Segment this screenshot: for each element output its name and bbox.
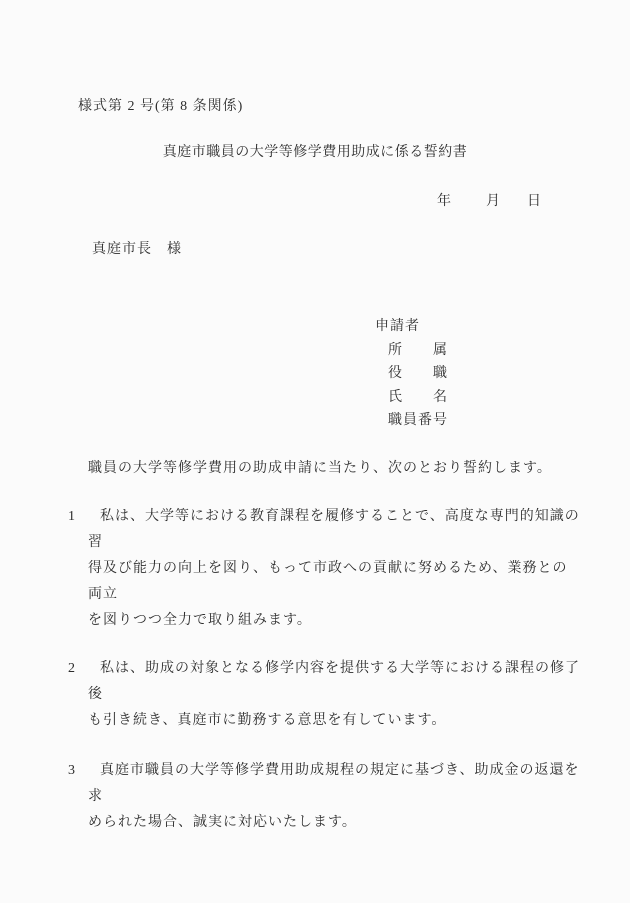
pledge-item-3-line-2: められた場合、誠実に対応いたします。 — [88, 810, 580, 836]
pledge-item-1-line-2: 得及び能力の向上を図り、もって市政への貢献に努めるため、業務との両立 — [88, 556, 580, 608]
pledge-item-1-text: 私は、大学等における教育課程を履修することで、高度な専門的知識の習 — [88, 509, 580, 550]
date-line: 年 月 日 — [0, 193, 630, 211]
pledge-item-2: 2私は、助成の対象となる修学内容を提供する大学等における課程の修了後 も引き続き… — [0, 656, 630, 734]
pledge-item-3-number: 3 — [68, 758, 100, 784]
pledge-item-2-line-1: 2私は、助成の対象となる修学内容を提供する大学等における課程の修了後 — [88, 656, 580, 708]
document-page: 様式第 2 号(第 8 条関係) 真庭市職員の大学等修学費用助成に係る誓約書 年… — [0, 0, 630, 903]
pledge-item-3-line-1: 3真庭市職員の大学等修学費用助成規程の規定に基づき、助成金の返還を求 — [88, 758, 580, 810]
pledge-item-2-line-2: も引き続き、真庭市に勤務する意思を有しています。 — [88, 708, 580, 734]
pledge-item-2-text: 私は、助成の対象となる修学内容を提供する大学等における課程の修了後 — [88, 661, 580, 702]
applicant-block: 申請者 所 属 役 職 氏 名 職員番号 — [375, 315, 630, 433]
pledge-item-2-number: 2 — [68, 656, 100, 682]
document-title: 真庭市職員の大学等修学費用助成に係る誓約書 — [0, 144, 630, 162]
date-month-label: 月 — [486, 193, 501, 211]
pledge-item-1-line-3: を図りつつ全力で取り組みます。 — [88, 608, 580, 634]
pledge-item-3: 3真庭市職員の大学等修学費用助成規程の規定に基づき、助成金の返還を求 められた場… — [0, 758, 630, 836]
applicant-field-employee-number: 職員番号 — [388, 409, 630, 433]
pledge-item-1-number: 1 — [68, 504, 100, 530]
pledge-item-1: 1私は、大学等における教育課程を履修することで、高度な専門的知識の習 得及び能力… — [0, 504, 630, 634]
form-number: 様式第 2 号(第 8 条関係) — [78, 98, 630, 116]
applicant-field-position: 役 職 — [388, 362, 630, 386]
applicant-field-affiliation: 所 属 — [388, 339, 630, 363]
pledge-item-1-line-1: 1私は、大学等における教育課程を履修することで、高度な専門的知識の習 — [88, 504, 580, 556]
applicant-field-name: 氏 名 — [388, 386, 630, 410]
pledge-item-3-text: 真庭市職員の大学等修学費用助成規程の規定に基づき、助成金の返還を求 — [88, 763, 579, 804]
recipient-line: 真庭市長 様 — [92, 241, 630, 259]
date-year-label: 年 — [437, 193, 452, 211]
applicant-heading: 申請者 — [375, 315, 630, 339]
date-day-label: 日 — [527, 193, 542, 211]
pledge-intro: 職員の大学等修学費用の助成申請に当たり、次のとおり誓約します。 — [88, 456, 630, 482]
